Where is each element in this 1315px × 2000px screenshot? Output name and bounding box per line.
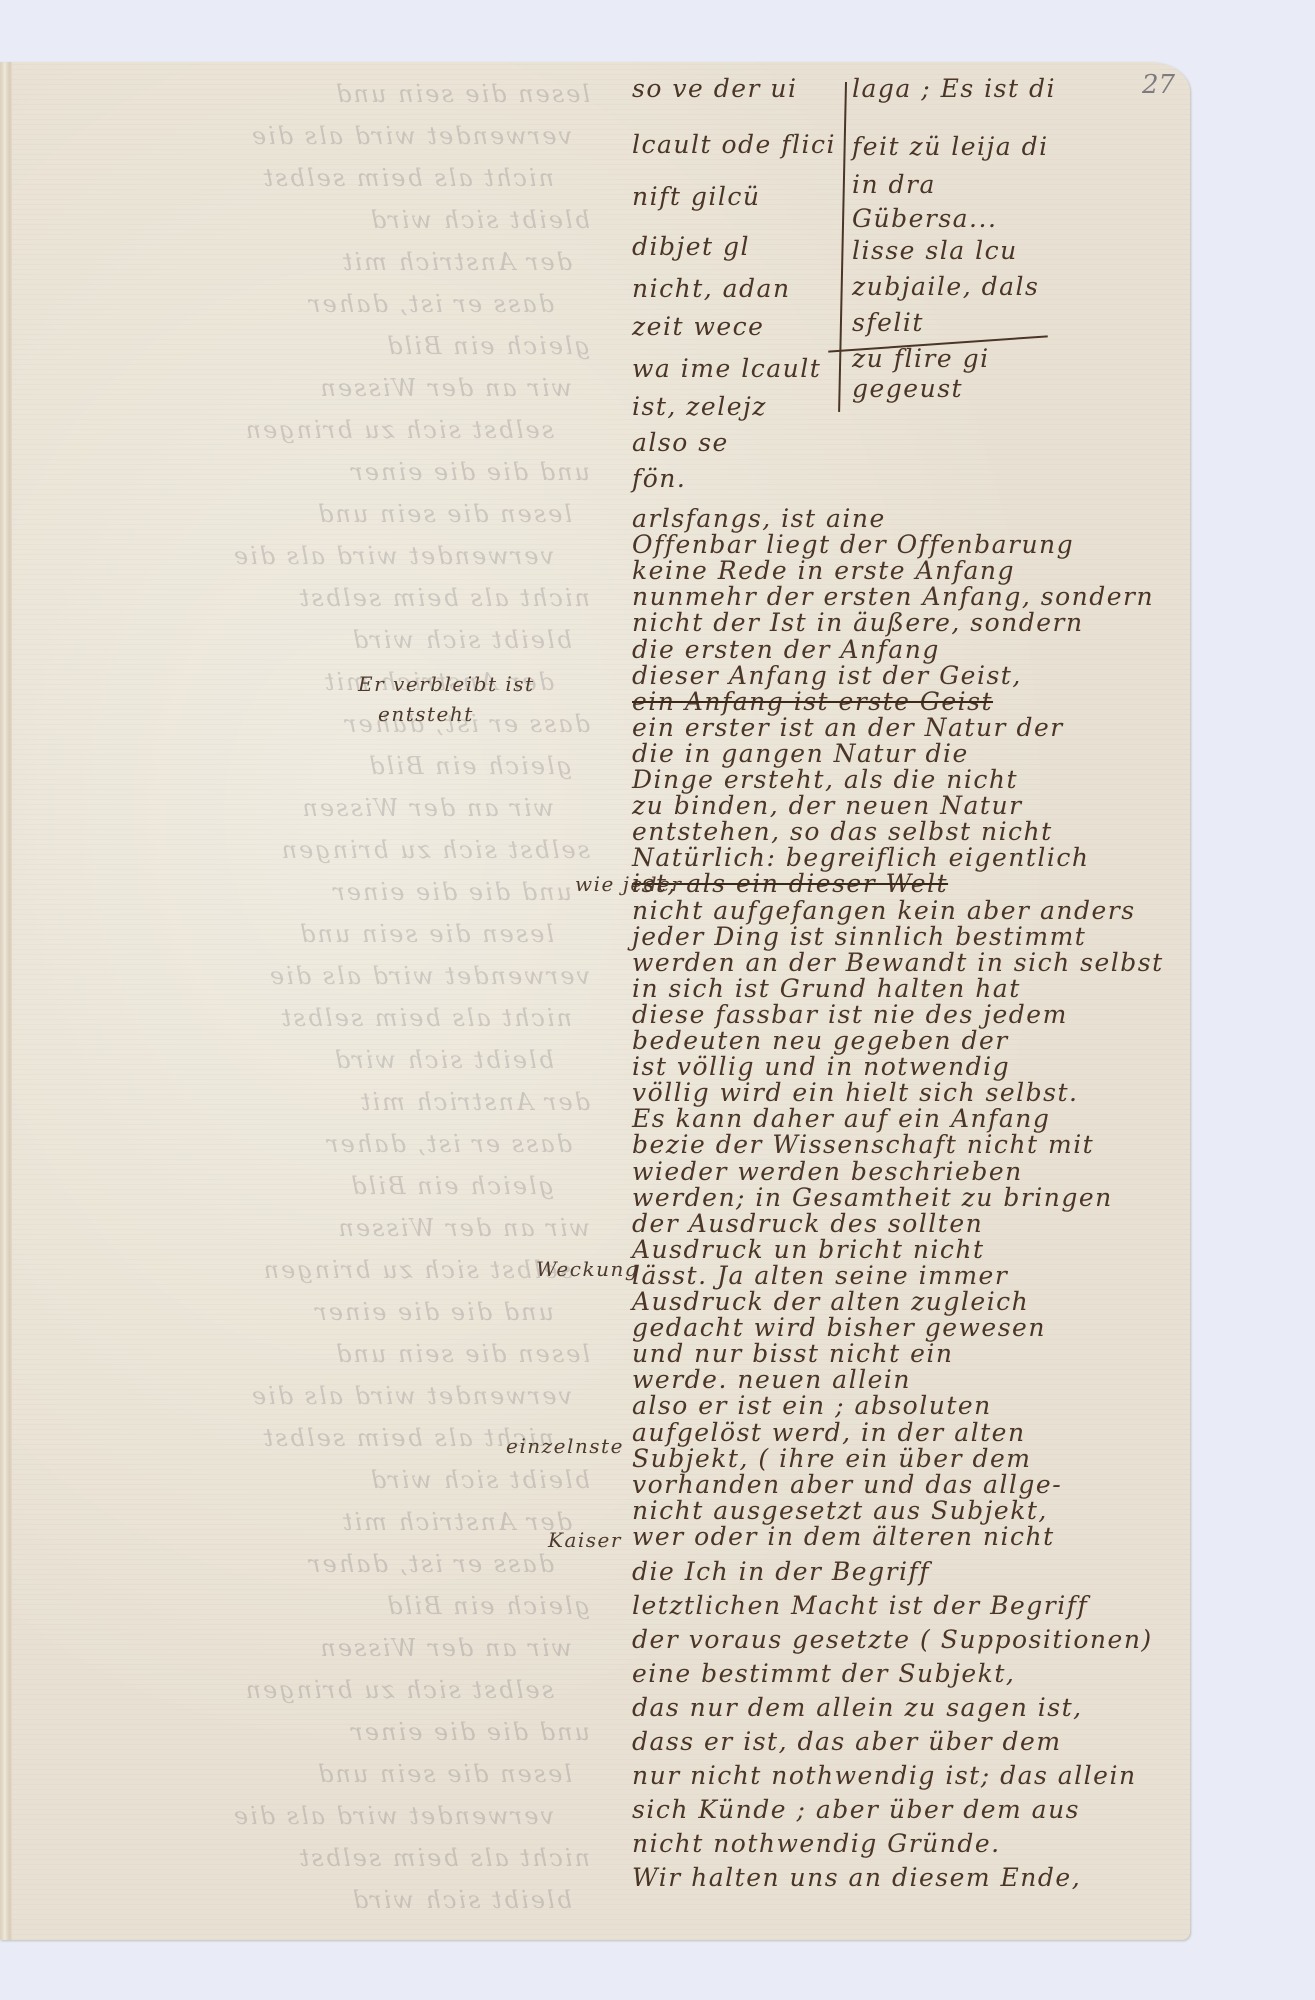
bleed-through-line: selbst sich zu bringen: [244, 416, 554, 444]
handwritten-line: die Ich in der Begriff: [632, 1557, 930, 1586]
bleed-through-line: gleich ein Bild: [385, 1592, 590, 1620]
bleed-through-line: dass er ist, daher: [307, 290, 554, 318]
handwritten-line: also er ist ein ; absoluten: [632, 1391, 992, 1420]
handwritten-line: lcault ode flici: [632, 130, 836, 159]
handwritten-line: Natürlich: begreiflich eigentlich: [632, 843, 1090, 872]
bleed-through-line: gleich ein Bild: [367, 752, 572, 780]
bleed-through-line: bleibt sich wird: [351, 1886, 572, 1914]
handwritten-line: jeder Ding ist sinnlich bestimmt: [632, 922, 1086, 951]
handwritten-line: eine bestimmt der Subjekt,: [632, 1659, 1015, 1688]
handwritten-line: Ausdruck der alten zugleich: [632, 1287, 1029, 1316]
bleed-through-line: dass er ist, daher: [307, 1550, 554, 1578]
margin-note: entsteht: [378, 702, 474, 726]
margin-note: Kaiser: [548, 1528, 622, 1552]
handwritten-line: nicht ausgesetzt aus Subjekt,: [632, 1496, 1048, 1525]
handwritten-line: in dra: [852, 170, 936, 199]
bleed-through-line: selbst sich zu bringen: [262, 1256, 572, 1284]
bleed-through-line: gleich ein Bild: [349, 1172, 554, 1200]
bleed-through-line: bleibt sich wird: [333, 1046, 554, 1074]
handwritten-line: zu flire gi: [852, 344, 990, 373]
bleed-through-line: lesen die sein und: [316, 1760, 572, 1788]
margin-note: wie jeder: [575, 872, 682, 896]
bleed-through-text: lesen die sein undverwendet wird als die…: [30, 80, 590, 1920]
bleed-through-line: nicht als beim selbst: [280, 1004, 572, 1032]
handwritten-line: wa ime lcault: [632, 354, 821, 383]
handwritten-line: Dinge ersteht, als die nicht: [632, 765, 1018, 794]
bleed-through-line: bleibt sich wird: [351, 626, 572, 654]
handwritten-line: ist, zelejz: [632, 392, 767, 421]
handwritten-line: die in gangen Natur die: [632, 739, 969, 768]
bleed-through-line: wir an der Wissen: [300, 794, 554, 822]
handwritten-line: also se: [632, 428, 729, 457]
bleed-through-line: selbst sich zu bringen: [244, 1676, 554, 1704]
handwritten-line: werden an der Bewandt in sich selbst: [632, 948, 1164, 977]
bleed-through-line: und die die einer: [349, 1718, 590, 1746]
handwritten-line: das nur dem allein zu sagen ist,: [632, 1693, 1083, 1722]
bleed-through-line: verwendet wird als die: [268, 962, 590, 990]
handwritten-line: sfelit: [852, 308, 924, 337]
handwritten-line: dibjet gl: [632, 232, 750, 261]
handwritten-line: völlig wird ein hielt sich selbst.: [632, 1078, 1078, 1107]
margin-note: Weckung: [536, 1257, 639, 1281]
bleed-through-line: und die die einer: [349, 458, 590, 486]
handwritten-line: Offenbar liegt der Offenbarung: [632, 530, 1074, 559]
handwritten-line: die ersten der Anfang: [632, 635, 940, 664]
handwritten-line: so ve der ui: [632, 74, 798, 103]
bleed-through-line: gleich ein Bild: [385, 332, 590, 360]
handwritten-line: in sich ist Grund halten hat: [632, 974, 1021, 1003]
handwritten-line: dass er ist, das aber über dem: [632, 1727, 1062, 1756]
bleed-through-line: verwendet wird als die: [250, 1382, 572, 1410]
bleed-through-line: bleibt sich wird: [369, 206, 590, 234]
handwritten-line: Wir halten uns an diesem Ende,: [632, 1863, 1081, 1892]
handwritten-line: zu binden, der neuen Natur: [632, 791, 1023, 820]
handwritten-line: zeit wece: [632, 312, 764, 341]
handwritten-line: keine Rede in erste Anfang: [632, 556, 1015, 585]
handwritten-line: vorhanden aber und das allge-: [632, 1470, 1062, 1499]
handwritten-line: wer oder in dem älteren nicht: [632, 1522, 1055, 1551]
handwritten-line: diese fassbar ist nie des jedem: [632, 1000, 1068, 1029]
bleed-through-line: lesen die sein und: [334, 1340, 590, 1368]
handwritten-line: laga ; Es ist di: [852, 74, 1056, 103]
margin-note: Er verbleibt ist: [358, 672, 535, 696]
handwritten-line: arlsfangs, ist aine: [632, 504, 886, 533]
bleed-through-line: verwendet wird als die: [250, 122, 572, 150]
bleed-through-line: verwendet wird als die: [232, 1802, 554, 1830]
handwritten-line: Ausdruck un bricht nicht: [632, 1235, 985, 1264]
handwritten-line: sich Künde ; aber über dem aus: [632, 1795, 1080, 1824]
bleed-through-line: wir an der Wissen: [318, 374, 572, 402]
bleed-through-line: verwendet wird als die: [232, 542, 554, 570]
bleed-through-line: lesen die sein und: [316, 500, 572, 528]
handwritten-line: lisse sla lcu: [852, 236, 1018, 265]
handwritten-line: gegeust: [852, 374, 963, 403]
bleed-through-line: wir an der Wissen: [336, 1214, 590, 1242]
binding-strip: [0, 62, 12, 1940]
handwritten-line: nicht nothwendig Gründe.: [632, 1829, 1001, 1858]
folio-number: 27: [1142, 70, 1175, 100]
bleed-through-line: lesen die sein und: [334, 80, 590, 108]
handwritten-line: nicht, adan: [632, 274, 791, 303]
handwritten-line: nunmehr der ersten Anfang, sondern: [632, 582, 1154, 611]
bleed-through-line: lesen die sein und: [298, 920, 554, 948]
margin-note: einzelnste: [506, 1434, 624, 1458]
handwritten-line: nift gilcü: [632, 182, 760, 211]
handwritten-line: dieser Anfang ist der Geist,: [632, 661, 1022, 690]
bleed-through-line: und die die einer: [331, 878, 572, 906]
handwritten-line: nur nicht nothwendig ist; das allein: [632, 1761, 1137, 1790]
bleed-through-line: der Anstrich mit: [341, 1508, 572, 1536]
bleed-through-line: selbst sich zu bringen: [280, 836, 590, 864]
handwritten-line: werde. neuen allein: [632, 1365, 911, 1394]
handwritten-line: der voraus gesetzte ( Suppositionen): [632, 1625, 1153, 1654]
handwritten-line: ist völlig und in notwendig: [632, 1052, 1010, 1081]
handwritten-line: ein Anfang ist erste Geist: [632, 687, 993, 716]
bleed-through-line: dass er ist, daher: [325, 1130, 572, 1158]
bleed-through-line: wir an der Wissen: [318, 1634, 572, 1662]
bleed-through-line: und die die einer: [313, 1298, 554, 1326]
handwritten-line: Gübersa...: [852, 204, 997, 233]
bleed-through-line: nicht als beim selbst: [262, 164, 554, 192]
handwritten-line: fön.: [632, 464, 686, 493]
handwritten-line: bezie der Wissenschaft nicht mit: [632, 1130, 1094, 1159]
handwritten-line: feit zü leija di: [852, 132, 1049, 161]
handwritten-line: wieder werden beschrieben: [632, 1157, 1023, 1186]
handwritten-line: werden; in Gesamtheit zu bringen: [632, 1183, 1113, 1212]
handwritten-line: bedeuten neu gegeben der: [632, 1026, 1009, 1055]
handwritten-line: nicht der Ist in äußere, sondern: [632, 608, 1084, 637]
handwritten-line: Es kann daher auf ein Anfang: [632, 1104, 1050, 1133]
handwritten-line: der Ausdruck des sollten: [632, 1209, 983, 1238]
bleed-through-line: nicht als beim selbst: [298, 584, 590, 612]
bleed-through-line: der Anstrich mit: [359, 1088, 590, 1116]
handwritten-line: Subjekt, ( ihre ein über dem: [632, 1444, 1032, 1473]
handwritten-line: gedacht wird bisher gewesen: [632, 1313, 1046, 1342]
handwritten-line: letztlichen Macht ist der Begriff: [632, 1591, 1088, 1620]
bleed-through-line: bleibt sich wird: [369, 1466, 590, 1494]
handwritten-line: lässt. Ja alten seine immer: [632, 1261, 1008, 1290]
bleed-through-line: nicht als beim selbst: [298, 1844, 590, 1872]
handwritten-line: entstehen, so das selbst nicht: [632, 817, 1053, 846]
handwritten-line: zubjaile, dals: [852, 272, 1039, 301]
handwritten-line: nicht aufgefangen kein aber anders: [632, 896, 1136, 925]
bleed-through-line: der Anstrich mit: [341, 248, 572, 276]
handwritten-line: und nur bisst nicht ein: [632, 1339, 954, 1368]
handwritten-line: aufgelöst werd, in der alten: [632, 1418, 1026, 1447]
handwritten-line: ein erster ist an der Natur der: [632, 713, 1064, 742]
